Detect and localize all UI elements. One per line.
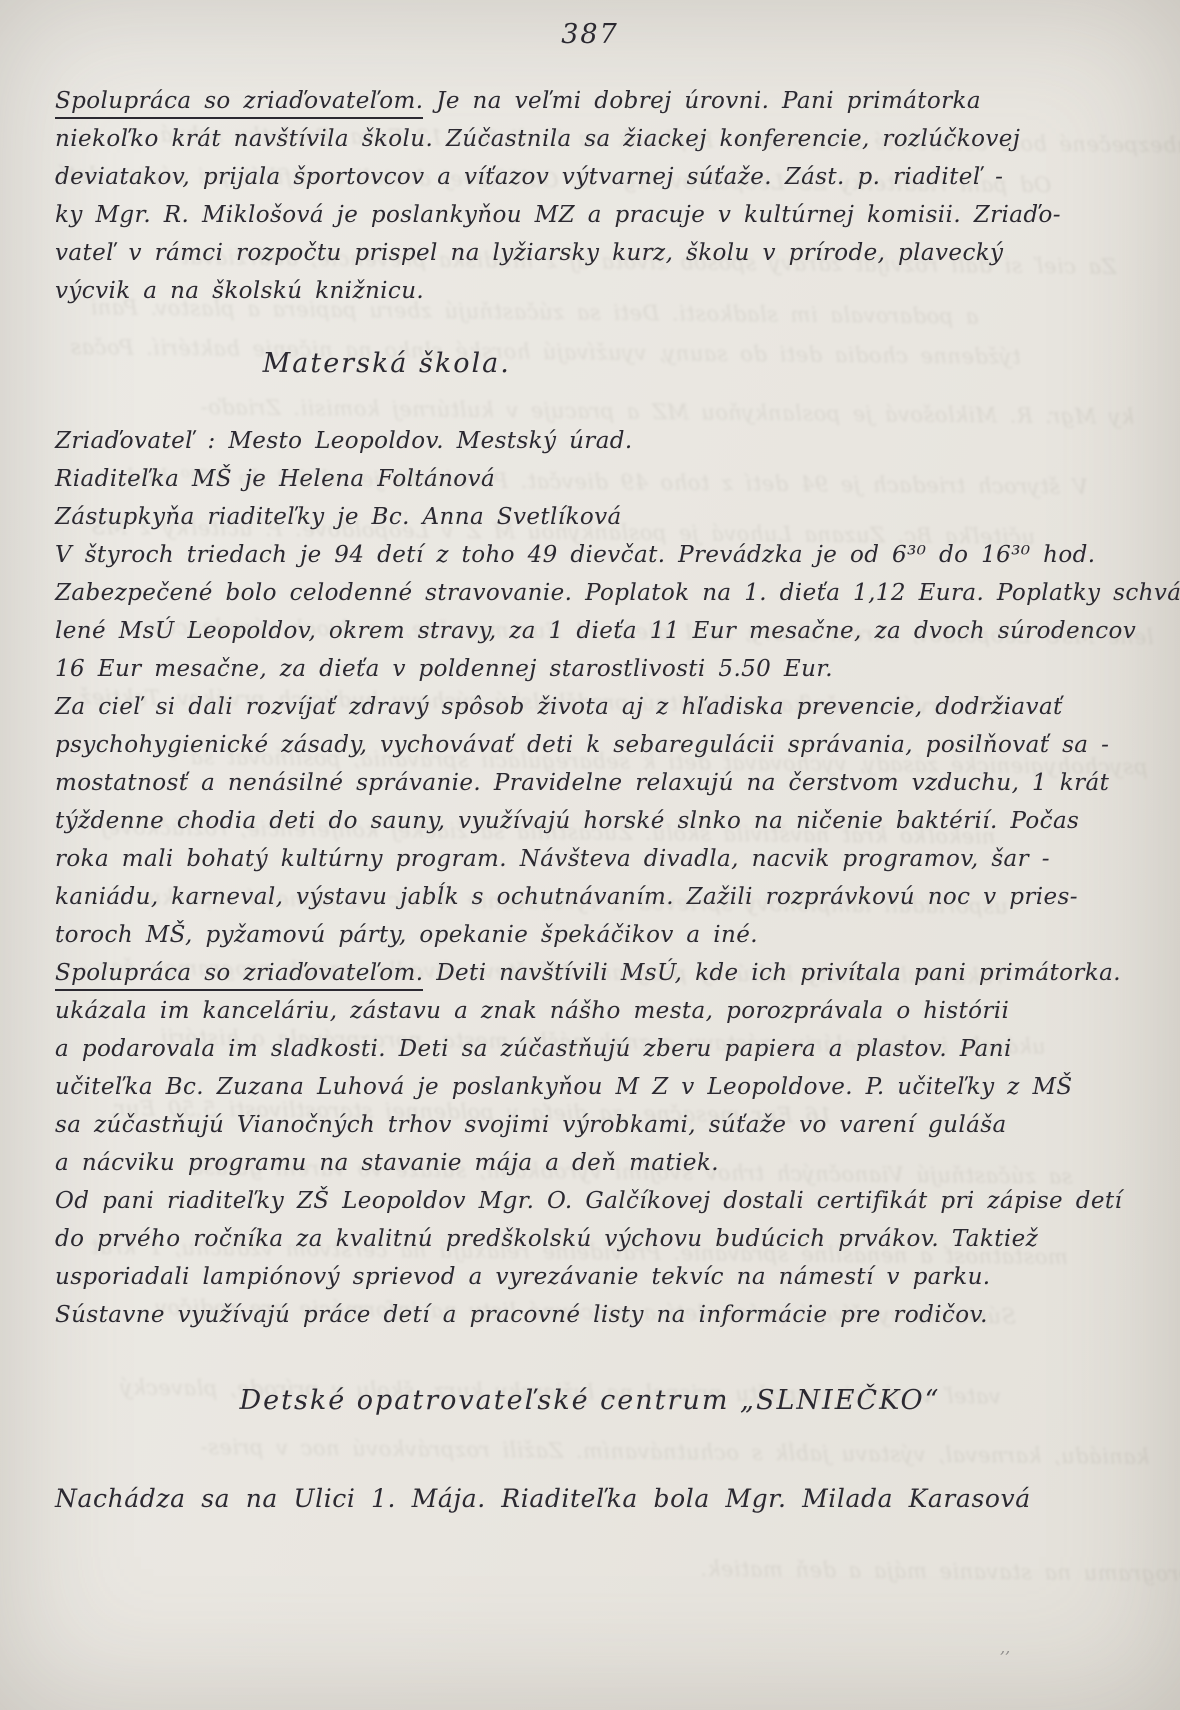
handwritten-line: usporiadali lampiónový sprievod a vyrezá… — [55, 1258, 1125, 1296]
section-materska-skola: Zriaďovateľ : Mesto Leopoldov. Mestský ú… — [55, 422, 1125, 954]
handwritten-line: kaniádu, karneval, výstavu jabĺk s ochut… — [55, 878, 1125, 916]
handwritten-line: a nácviku programu na stavanie mája a de… — [55, 1144, 1125, 1182]
handwritten-line: vateľ v rámci rozpočtu prispel na lyžiar… — [55, 234, 1125, 272]
handwritten-line: ukázala im kanceláriu, zástavu a znak ná… — [55, 992, 1125, 1030]
handwritten-line: výcvik a na školskú knižnicu. — [55, 272, 1125, 310]
underlined-lead: Spolupráca so zriaďovateľom. — [55, 960, 423, 991]
handwritten-line: 16 Eur mesačne, za dieťa v poldennej sta… — [55, 650, 1125, 688]
handwritten-line: Zriaďovateľ : Mesto Leopoldov. Mestský ú… — [55, 422, 1125, 460]
handwritten-line: mostatnosť a nenásilné správanie. Pravid… — [55, 764, 1125, 802]
handwritten-line: týždenne chodia deti do sauny, využívajú… — [55, 802, 1125, 840]
handwritten-line: a podarovala im sladkosti. Deti sa zúčas… — [55, 1030, 1125, 1068]
handwritten-line-final: Nachádza sa na Ulici 1. Mája. Riaditeľka… — [55, 1478, 1125, 1520]
handwritten-line: Riaditeľka MŠ je Helena Foltánová — [55, 460, 1125, 498]
line-text: Deti navštívili MsÚ, kde ich privítala p… — [423, 960, 1120, 986]
handwritten-line: sa zúčastňujú Vianočných trhov svojimi v… — [55, 1106, 1125, 1144]
handwritten-line: Spolupráca so zriaďovateľom. Deti navští… — [55, 954, 1125, 992]
line-text: Je na veľmi dobrej úrovni. Pani primátor… — [423, 88, 981, 114]
handwritten-line: psychohygienické zásady, vychovávať deti… — [55, 726, 1125, 764]
handwritten-line: do prvého ročníka za kvalitnú predškolsk… — [55, 1220, 1125, 1258]
handwritten-line: V štyroch triedach je 94 detí z toho 49 … — [55, 536, 1125, 574]
handwritten-line: niekoľko krát navštívila školu. Zúčastni… — [55, 120, 1125, 158]
stray-ink-mark: ‚‚ — [1000, 1638, 1010, 1657]
paragraph-spolupraca-2: Spolupráca so zriaďovateľom. Deti navští… — [55, 954, 1125, 1334]
paragraph-spolupraca-1: Spolupráca so zriaďovateľom. Je na veľmi… — [55, 82, 1125, 310]
underlined-lead: Spolupráca so zriaďovateľom. — [55, 88, 423, 119]
handwritten-line: Spolupráca so zriaďovateľom. Je na veľmi… — [55, 82, 1125, 120]
handwritten-line: lené MsÚ Leopoldov, okrem stravy, za 1 d… — [55, 612, 1125, 650]
handwritten-line: Od pani riaditeľky ZŠ Leopoldov Mgr. O. … — [55, 1182, 1125, 1220]
handwritten-line: ky Mgr. R. Miklošová je poslankyňou MZ a… — [55, 196, 1125, 234]
handwritten-line: roka mali bohatý kultúrny program. Návšt… — [55, 840, 1125, 878]
handwritten-line: Zabezpečené bolo celodenné stravovanie. … — [55, 574, 1125, 612]
handwritten-line: deviatakov, prijala športovcov a víťazov… — [55, 158, 1125, 196]
chronicle-page: Zabezpečené bolo celodenné stravovanie. … — [0, 0, 1180, 1710]
section-heading-materska-skola: Materská škola. — [55, 344, 718, 384]
page-number: 387 — [55, 18, 1125, 52]
handwritten-line: učiteľka Bc. Zuzana Luhová je poslankyňo… — [55, 1068, 1125, 1106]
section-heading-detske-centrum: Detské opatrovateľské centrum „SLNIEČKO“ — [55, 1380, 1125, 1422]
handwritten-line: Sústavne využívajú práce detí a pracovné… — [55, 1296, 1125, 1334]
handwritten-line: Za cieľ si dali rozvíjať zdravý spôsob ž… — [55, 688, 1125, 726]
page-content: 387 Spolupráca so zriaďovateľom. Je na v… — [0, 0, 1180, 1710]
handwritten-line: Zástupkyňa riaditeľky je Bc. Anna Svetlí… — [55, 498, 1125, 536]
handwritten-line: toroch MŠ, pyžamovú párty, opekanie špek… — [55, 916, 1125, 954]
